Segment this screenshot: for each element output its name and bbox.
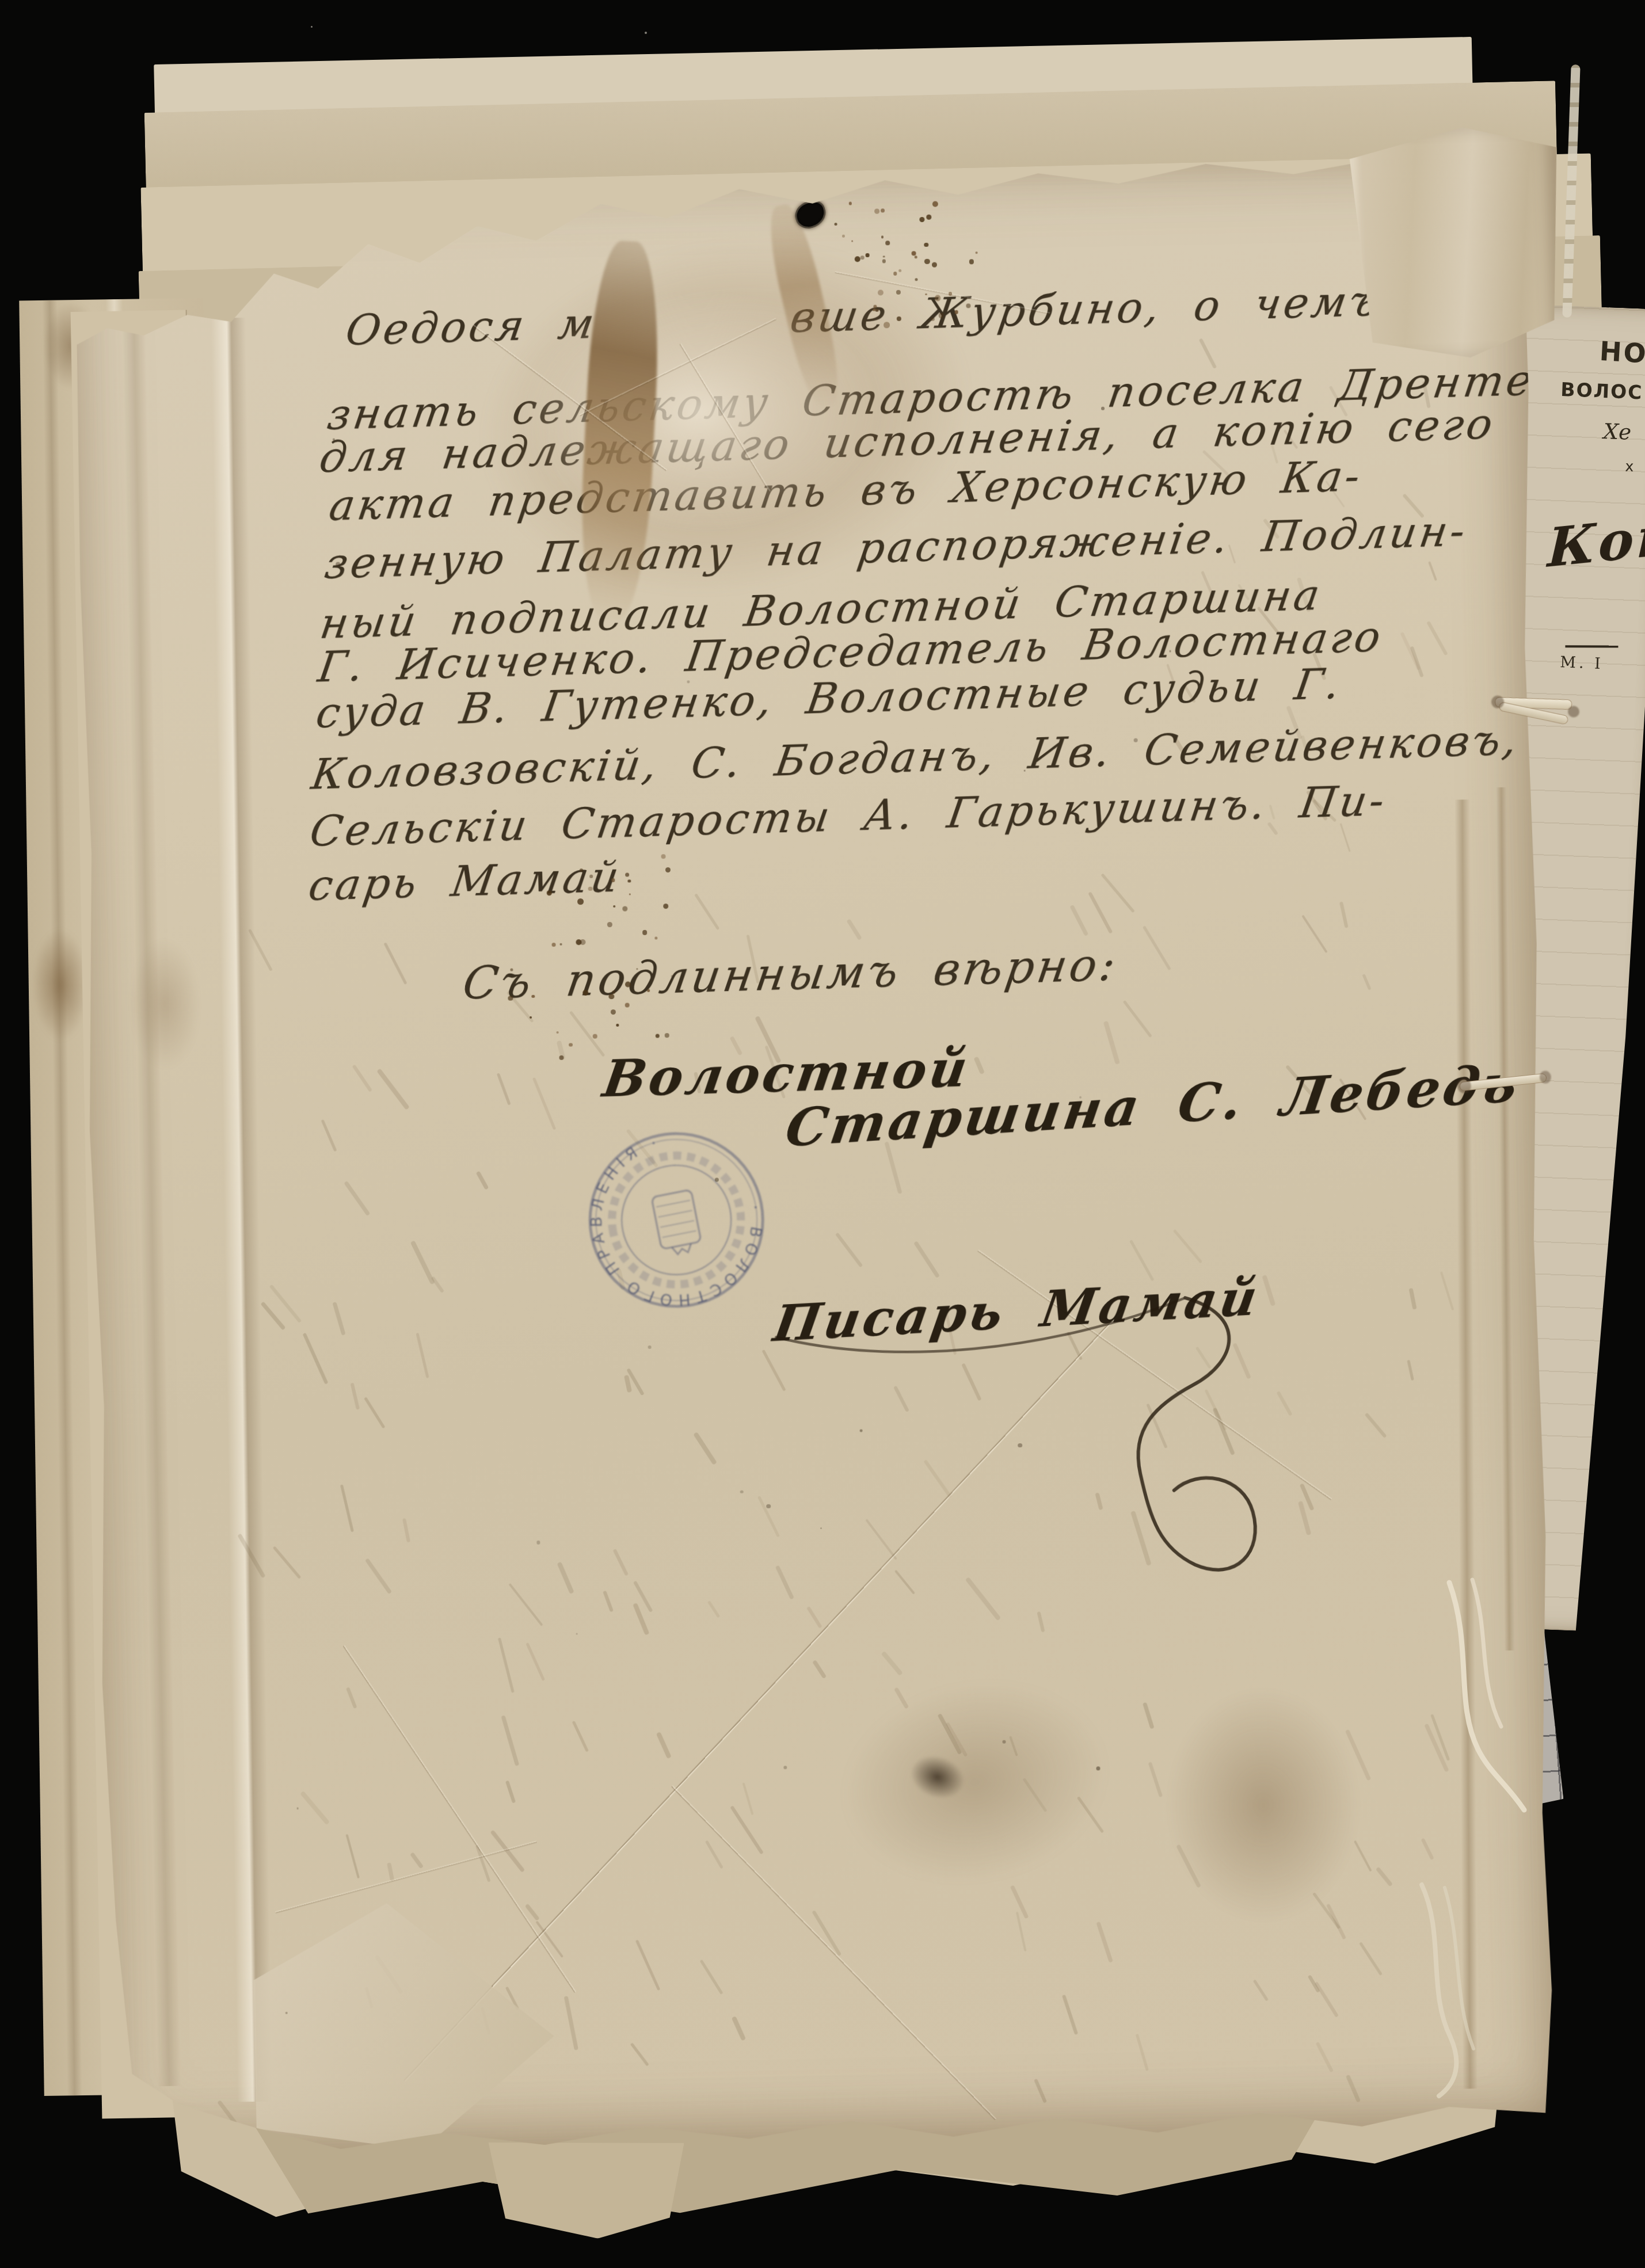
archival-photo: НО ВОЛОС Хе х Кон М. І Оедося м вше Ж	[0, 0, 1645, 2268]
body-line-11: сарь Мамай	[306, 852, 625, 910]
underpage-handwriting-fragment: Кон	[1547, 504, 1645, 580]
stain-left-mid	[117, 917, 212, 1091]
clerk-signature: Писарь Мамай	[770, 1268, 1263, 1353]
stain-bottom-center	[774, 1618, 1175, 1946]
print-province-fragment: Хе	[1603, 419, 1632, 445]
print-small-fragment: х	[1625, 458, 1634, 475]
fold-shadow-left2	[123, 331, 181, 2086]
stamp-ring-text: · ВОЛОСТНОГО ПРАВЛЕНІЯ ·	[572, 1116, 780, 1325]
binding-string-top	[1562, 64, 1580, 318]
print-masthead-fragment: НО	[1599, 336, 1645, 369]
body-line-1: Оедося м вше Журбино, о чемъ дать	[342, 272, 1542, 355]
print-footer-fragment: М. І	[1560, 653, 1604, 673]
left-edge-stain	[22, 910, 99, 1061]
fold-shadow-right2	[1496, 787, 1514, 1651]
stain-dark-blotch	[896, 1741, 978, 1813]
document-page: Оедося м вше Журбино, о чемъ дать знать …	[68, 154, 1566, 2158]
fold-flap-bottom-left	[252, 1900, 557, 2153]
fold-shadow-right	[1454, 799, 1478, 2088]
stain-right-lower	[1128, 1641, 1399, 1969]
crease-bottom-2	[343, 1645, 577, 1993]
paper-hole	[792, 197, 829, 231]
certification-line: Съ подлиннымъ вѣрно:	[459, 939, 1121, 1009]
crease-diagonal-long	[403, 1306, 1126, 2082]
print-volost-fragment: ВОЛОС	[1560, 378, 1643, 403]
fold-shadow-left	[211, 318, 272, 2102]
print-footer-rule	[1565, 645, 1618, 647]
svg-text:· ВОЛОСТНОГО ПРАВЛЕНІЯ ·: · ВОЛОСТНОГО ПРАВЛЕНІЯ ·	[572, 1116, 780, 1325]
crease-bottom-1	[671, 1785, 996, 2120]
official-stamp: · ВОЛОСТНОГО ПРАВЛЕНІЯ ·	[565, 1108, 788, 1332]
under-sheet-bottom-tab	[489, 2139, 686, 2240]
crease-bottom-3	[275, 1840, 537, 1913]
